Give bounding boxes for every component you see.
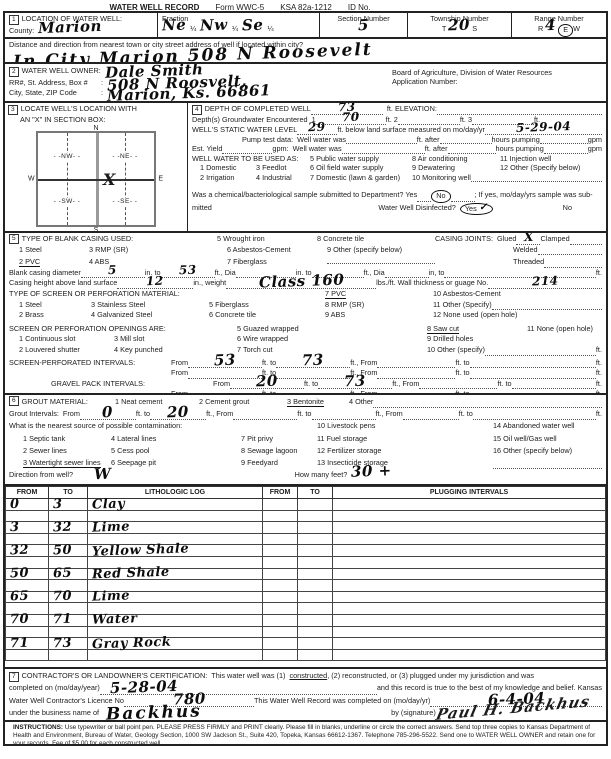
yield-gpm-label: gpm:	[272, 144, 288, 153]
screen-option: 11 Other (Specify)	[433, 300, 492, 311]
use-option: 8 Air conditioning	[412, 154, 500, 163]
ft-to-label: ft. to	[455, 368, 469, 379]
grout-intervals-label: Grout Intervals:	[9, 408, 59, 420]
owner-title: WATER WELL OWNER:	[22, 66, 101, 75]
township-value: 20	[448, 22, 470, 29]
location-section: 1LOCATION OF WATER WELL: County:Marion F…	[3, 11, 608, 39]
casing-option: 5 Wrought iron	[217, 234, 317, 245]
grout-section: 6GROUT MATERIAL: 1 Neat cement 2 Cement …	[3, 393, 608, 486]
groundwater-2: ft. 2	[386, 115, 398, 124]
quadrant-sw-label: - -SW- -	[53, 198, 82, 206]
lith-log: Yellow Shale	[92, 547, 189, 554]
ft-label: ft.	[596, 379, 602, 390]
ft-label: ft.	[596, 268, 602, 279]
screen-option: 12 None used (open hole)	[433, 310, 517, 321]
screen-option: 9 ABS	[325, 310, 433, 321]
ft-to-label: ft. to	[297, 408, 311, 420]
fraction-cell: Fraction Ne¼ Nw¼ Se¼	[157, 13, 319, 37]
ft-to-label: ft. to	[304, 379, 318, 390]
section-5-badge: 5	[9, 234, 19, 244]
location-diagram-and-depth-section: 3LOCATE WELL'S LOCATION WITH AN "X" IN S…	[3, 101, 608, 233]
opening-option: 11 None (open hole)	[527, 324, 593, 335]
pump-well-water-label: Well water was	[297, 135, 346, 144]
business-name-value: Backhus	[106, 708, 202, 720]
weight-value: Class 160	[258, 276, 344, 288]
opening-option: 10 Other (specify)	[427, 345, 485, 356]
fraction-value-2: Nw	[200, 22, 228, 29]
lith-log: Water	[92, 618, 138, 624]
instructions-text: Use typewriter or ball point pen. PLEASE…	[13, 724, 595, 746]
static-level-mid: ft. below land surface measured on mo/da…	[337, 125, 485, 134]
contamination-option: 8 Sewage lagoon	[241, 445, 317, 457]
lith-to: 70	[53, 595, 72, 600]
completed-on-value: 5-28-04	[110, 683, 178, 694]
openings-title: SCREEN OR PERFORATION OPENINGS ARE:	[9, 324, 237, 335]
opening-option: 7 Torch cut	[237, 345, 427, 356]
section-3-badge: 3	[8, 105, 18, 115]
how-many-feet-label: How many feet?	[295, 469, 348, 481]
quarter-2: ¼	[232, 24, 238, 33]
opening-option: 1 Continuous slot	[19, 334, 114, 345]
grout-interval-from: 0	[102, 409, 113, 418]
lith-to: 73	[53, 641, 72, 646]
lith-to: 50	[53, 549, 72, 554]
use-option: 11 Injection well	[500, 154, 551, 163]
signature-label: by (signature)	[391, 707, 436, 719]
groundwater-label: Depth(s) Groundwater Encountered	[192, 115, 308, 124]
section-box-title-2: AN "X" IN SECTION BOX:	[20, 115, 184, 124]
owner-city-label: City, State, ZIP Code	[9, 88, 101, 97]
certification-text-1: This water well was (1)	[211, 670, 285, 682]
static-level-value: 29	[308, 124, 326, 134]
disinfected-label: Water Well Disinfected?	[378, 203, 455, 212]
lith-log: Lime	[92, 525, 130, 530]
range-east-circled: E	[558, 24, 573, 36]
yield-after-label: ft. after	[425, 144, 448, 153]
wall-thickness-label: lbs./ft. Wall thickness or guage No.	[376, 278, 488, 289]
use-option: 9 Dewatering	[412, 163, 500, 172]
lith-from: 71	[10, 641, 29, 646]
casing-depth-value: 53	[179, 267, 197, 277]
contamination-option: 10 Livestock pens	[317, 420, 493, 432]
owner-address-label: RR#, St. Address, Box #	[9, 78, 101, 87]
casing-option-pvc-underlined: 2 PVC	[19, 257, 40, 267]
disinfected-checkmark: ✓	[479, 205, 488, 211]
screen-interval-to: 73	[302, 357, 324, 367]
in-to-label: in, to	[429, 268, 445, 279]
screen-option: 6 Concrete tile	[209, 310, 325, 321]
section-box-title-1: LOCATE WELL'S LOCATION WITH	[21, 104, 137, 113]
casing-height-label: Casing height above land surface	[9, 278, 117, 289]
screen-option: 2 Brass	[19, 310, 91, 321]
range-label: Range Number	[516, 14, 602, 23]
screen-option: 4 Galvanized Steel	[91, 310, 209, 321]
contamination-option: 15 Oil well/Gas well	[493, 433, 557, 445]
lith-to: 3	[53, 502, 63, 506]
from-label: From	[63, 408, 80, 420]
lithology-row: 65 70 Lime	[6, 591, 606, 603]
groundwater-1-value: 70	[342, 114, 360, 124]
col-header-from-2: FROM	[263, 487, 298, 499]
static-level-date: 5-29-04	[516, 123, 571, 134]
well-location-x-mark: X	[103, 170, 115, 191]
ft-from-label: ft., From	[376, 408, 403, 420]
from-label: From	[213, 379, 230, 390]
ft-label: ft.	[596, 408, 602, 420]
grout-option: 2 Cement grout	[199, 396, 287, 408]
contamination-option: 1 Septic tank	[23, 433, 111, 445]
lithology-row: 70 71 Water	[6, 614, 606, 626]
lithologic-log-table: FROM TO LITHOLOGIC LOG FROM TO PLUGGING …	[5, 486, 606, 661]
contamination-option: 4 Lateral lines	[111, 433, 241, 445]
welded-label: Welded	[445, 245, 538, 256]
ft-dia-label: ft., Dia	[364, 268, 385, 279]
range-prefix: R	[538, 24, 543, 33]
casing-section: 5TYPE OF BLANK CASING USED: 5 Wrought ir…	[3, 231, 608, 395]
yield-hours-label: hours pumping	[496, 144, 544, 153]
lith-from: 0	[10, 502, 20, 506]
screen-option: 10 Asbestos-Cement	[433, 289, 501, 300]
col-header-to-2: TO	[298, 487, 333, 499]
county-label: County:	[9, 26, 34, 35]
ft-label: ft.	[596, 368, 602, 379]
pump-test-label: Pump test data:	[242, 135, 293, 144]
lithology-row: 50 65 Red Shale	[6, 568, 606, 580]
gravel-pack-to: 73	[344, 378, 366, 388]
casing-option: 9 Other (specify below)	[327, 245, 445, 256]
lith-from: 70	[10, 618, 29, 623]
section-2-badge: 2	[9, 67, 19, 77]
use-option: 12 Other (Specify below)	[500, 163, 580, 172]
ft-to-label: ft. to	[136, 408, 150, 420]
lith-from: 65	[10, 595, 29, 600]
lithology-row: 32 50 Yellow Shale	[6, 545, 606, 557]
section-6-badge: 6	[9, 396, 19, 406]
casing-option: 3 RMP (SR)	[89, 245, 227, 256]
threaded-label: Threaded	[445, 257, 544, 268]
opening-option: 9 Drilled holes	[427, 334, 473, 345]
wall-thickness-value: 214	[532, 278, 559, 288]
instructions-label: INSTRUCTIONS:	[13, 724, 63, 731]
casing-option: 7 Fiberglass	[227, 257, 327, 268]
lith-log: Red Shale	[92, 571, 170, 578]
contamination-option: 9 Feedyard	[241, 457, 317, 469]
owner-cell: 2WATER WELL OWNER:Dale Smith RR#, St. Ad…	[5, 64, 388, 101]
disinfected-no: No	[563, 203, 572, 212]
from-label: From	[171, 358, 188, 369]
instructions-footer: INSTRUCTIONS: Use typewriter or ball poi…	[3, 720, 608, 746]
opening-option-saw-cut-underlined: 8 Saw cut	[427, 324, 459, 334]
yield-well-water-label: Well water was	[293, 144, 342, 153]
section-quarter-diagram: N S W E - -NW- - - -NE- - - -SW- - - -SE…	[36, 131, 156, 227]
water-well-record-form: WATER WELL RECORD Form WWC-5 KSA 82a-121…	[0, 0, 611, 759]
direction-from-well-value: W	[94, 471, 112, 481]
county-cell: 1LOCATION OF WATER WELL: County:Marion	[5, 13, 157, 37]
compass-east: E	[158, 175, 163, 184]
lith-log: Gray Rock	[92, 640, 171, 647]
used-as-label: WELL WATER TO BE USED AS:	[192, 154, 310, 163]
casing-option: 6 Asbestos-Cement	[227, 245, 327, 256]
gpm-label: gpm	[588, 135, 602, 144]
contamination-option: 16 Other (specify below)	[493, 445, 572, 457]
compass-north: N	[93, 124, 98, 133]
from-label: From	[171, 368, 188, 379]
glued-label: Glued	[497, 234, 516, 245]
contamination-question: What is the nearest source of possible c…	[9, 420, 317, 432]
grout-interval-to: 20	[167, 409, 189, 419]
completed-on-label: completed on (mo/day/year)	[9, 682, 100, 694]
screen-intervals-label: SCREEN-PERFORATED INTERVALS:	[9, 358, 171, 369]
certification-text-2: , (2) reconstructed, or (3) plugged unde…	[327, 670, 534, 682]
sample-no-circled: No	[431, 190, 450, 202]
range-west: W	[573, 24, 580, 33]
spacer-row	[6, 626, 606, 638]
depth-panel: 4 DEPTH OF COMPLETED WELL 73 ft. ELEVATI…	[188, 103, 606, 231]
clamped-label: Clamped	[540, 234, 569, 245]
lith-from: 50	[10, 572, 29, 577]
use-option: 1 Domestic	[200, 163, 256, 172]
board-label: Board of Agriculture, Division of Water …	[392, 68, 602, 77]
constructed-underlined: constructed	[289, 670, 327, 682]
grout-option-bentonite-underlined: 3 Bentonite	[287, 397, 324, 407]
pump-hours-label: hours pumping	[492, 135, 540, 144]
screen-option: 5 Fiberglass	[209, 300, 325, 311]
lith-log: Lime	[92, 595, 130, 600]
ft-from-label: ft., From	[392, 379, 419, 390]
lith-to: 71	[53, 618, 72, 623]
ft-to-label: ft. to	[459, 408, 473, 420]
sample-question-rest-2: mitted	[192, 203, 212, 212]
glued-x-mark: X	[523, 233, 533, 242]
lith-from: 32	[10, 549, 29, 554]
contamination-option: 5 Cess pool	[111, 445, 241, 457]
county-value: Marion	[38, 23, 102, 31]
section-1-badge: 1	[9, 15, 19, 25]
application-number-label: Application Number:	[392, 77, 602, 86]
casing-option: 8 Concrete tile	[317, 234, 435, 245]
opening-option: 6 Wire wrapped	[237, 334, 427, 345]
quadrant-nw-label: - -NW- -	[53, 153, 82, 161]
contamination-option: 2 Sewer lines	[23, 445, 111, 457]
section-7-badge: 7	[9, 672, 19, 682]
colon: :	[101, 88, 103, 97]
use-option: 4 Industrial	[256, 173, 310, 182]
ft-from-label: ft., From	[350, 358, 377, 369]
use-option: 5 Public water supply	[310, 154, 412, 163]
screen-option: 8 RMP (SR)	[325, 300, 433, 311]
range-value: 4	[545, 22, 556, 28]
business-name-label: under the business name of	[9, 707, 99, 719]
quarter-1: ¼	[190, 24, 196, 33]
quadrant-se-label: - -SE- -	[112, 198, 139, 206]
opening-option: 3 Mill slot	[114, 334, 237, 345]
col-header-plugging-intervals: PLUGGING INTERVALS	[333, 487, 606, 499]
gravel-pack-label: GRAVEL PACK INTERVALS:	[9, 379, 213, 390]
distance-section: Distance and direction from nearest town…	[3, 37, 608, 64]
weight-label: in., weight	[193, 278, 226, 289]
est-yield-label: Est. Yield	[192, 144, 222, 153]
sample-question: Was a chemical/bacteriological sample su…	[192, 190, 417, 199]
use-option: 7 Domestic (lawn & garden)	[310, 173, 412, 182]
casing-option: 1 Steel	[9, 245, 89, 256]
lith-log: Clay	[92, 502, 125, 507]
range-cell: Range Number R 4 EW	[511, 13, 606, 37]
board-cell: Board of Agriculture, Division of Water …	[388, 64, 606, 101]
use-option: 10 Monitoring well	[412, 173, 471, 182]
section-box-panel: 3LOCATE WELL'S LOCATION WITH AN "X" IN S…	[5, 103, 188, 231]
contamination-option: 6 Seepage pit	[111, 457, 241, 469]
ft-from-label: ft., From	[206, 408, 233, 420]
contamination-option: 13 Insecticide storage	[317, 457, 493, 469]
use-option: 3 Feedlot	[256, 163, 310, 172]
section-number-value: 5	[358, 22, 369, 28]
ft-to-label: ft. to	[262, 358, 276, 369]
disinfected-yes: Yes	[465, 204, 477, 213]
casing-joints-label: CASING JOINTS:	[435, 234, 493, 245]
disinfected-yes-circled: Yes ✓	[460, 203, 493, 215]
certification-section: 7 CONTRACTOR'S OR LANDOWNER'S CERTIFICAT…	[3, 667, 608, 722]
ft-label: ft.	[596, 345, 602, 356]
gpm-label: gpm	[588, 144, 602, 153]
fraction-value-1: Ne	[162, 22, 186, 29]
contamination-option: 7 Pit privy	[241, 433, 317, 445]
static-level-label: WELL'S STATIC WATER LEVEL	[192, 125, 297, 134]
ft-to-label: ft. to	[497, 379, 511, 390]
record-completed-label: This Water Well Record was completed on …	[254, 695, 430, 707]
lithology-row: 0 3 Clay	[6, 499, 606, 511]
pump-after-label: ft. after	[417, 135, 440, 144]
casing-height-value: 12	[146, 278, 164, 288]
township-cell: Township Number T 20 S	[407, 13, 511, 37]
lithologic-log-section: FROM TO LITHOLOGIC LOG FROM TO PLUGGING …	[3, 484, 608, 669]
screen-option: 3 Stainless Steel	[91, 300, 209, 311]
ft-to-label: ft. to	[455, 358, 469, 369]
lith-from: 3	[10, 526, 20, 530]
casing-diameter-value: 5	[108, 267, 117, 276]
casing-diameter-label: Blank casing diameter	[9, 268, 81, 279]
screen-option: 1 Steel	[19, 300, 91, 311]
grout-title: GROUT MATERIAL:	[22, 397, 88, 406]
blank-casing-title: TYPE OF BLANK CASING USED:	[22, 234, 134, 243]
groundwater-3: ft. 3	[460, 115, 472, 124]
colon: :	[101, 78, 103, 87]
owner-city-value: Marion, Ks. 66861	[107, 88, 271, 100]
quarter-3: ¼	[267, 24, 273, 33]
township-suffix: S	[472, 24, 477, 33]
screen-option-pvc-underlined: 7 PVC	[325, 289, 346, 299]
contamination-option: 11 Fuel storage	[317, 433, 493, 445]
compass-west: W	[28, 175, 35, 184]
elevation-label: ft. ELEVATION:	[387, 104, 437, 113]
lithology-row: 71 73 Gray Rock	[6, 638, 606, 650]
owner-section: 2WATER WELL OWNER:Dale Smith RR#, St. Ad…	[3, 62, 608, 103]
lith-to: 65	[53, 572, 72, 577]
direction-from-well-label: Direction from well?	[9, 469, 73, 481]
contamination-option: 14 Abandoned water well	[493, 420, 575, 432]
opening-option: 2 Louvered shutter	[19, 345, 114, 356]
opening-option: 5 Guazed wrapped	[237, 324, 427, 335]
ft-dia-label: ft., Dia	[215, 268, 236, 279]
sample-question-rest: ; If yes, mo/day/yrs sample was sub-	[475, 190, 593, 199]
section-4-badge: 4	[192, 105, 202, 115]
section-number-cell: Section Number 5	[319, 13, 407, 37]
lith-to: 32	[53, 525, 72, 530]
screen-interval-from: 53	[214, 357, 236, 367]
township-prefix: T	[442, 24, 446, 33]
fraction-value-3: Se	[242, 22, 264, 29]
ft-label: ft.	[596, 358, 602, 369]
gravel-pack-from: 20	[256, 378, 278, 388]
depth-completed-label: DEPTH OF COMPLETED WELL	[205, 104, 311, 113]
how-many-feet-value: 30 +	[351, 468, 392, 475]
lithology-row: 3 32 Lime	[6, 522, 606, 534]
diagram-center-horizontal-line	[38, 179, 154, 181]
use-option: 6 Oil field water supply	[310, 163, 412, 172]
contamination-option-watertight-underlined: 3 Watertight sewer lines	[23, 458, 101, 468]
quadrant-ne-label: - -NE- -	[111, 153, 138, 161]
use-option: 2 Irrigation	[200, 173, 256, 182]
contamination-option: 12 Fertilizer storage	[317, 445, 493, 457]
grout-option: 4 Other	[349, 396, 373, 408]
